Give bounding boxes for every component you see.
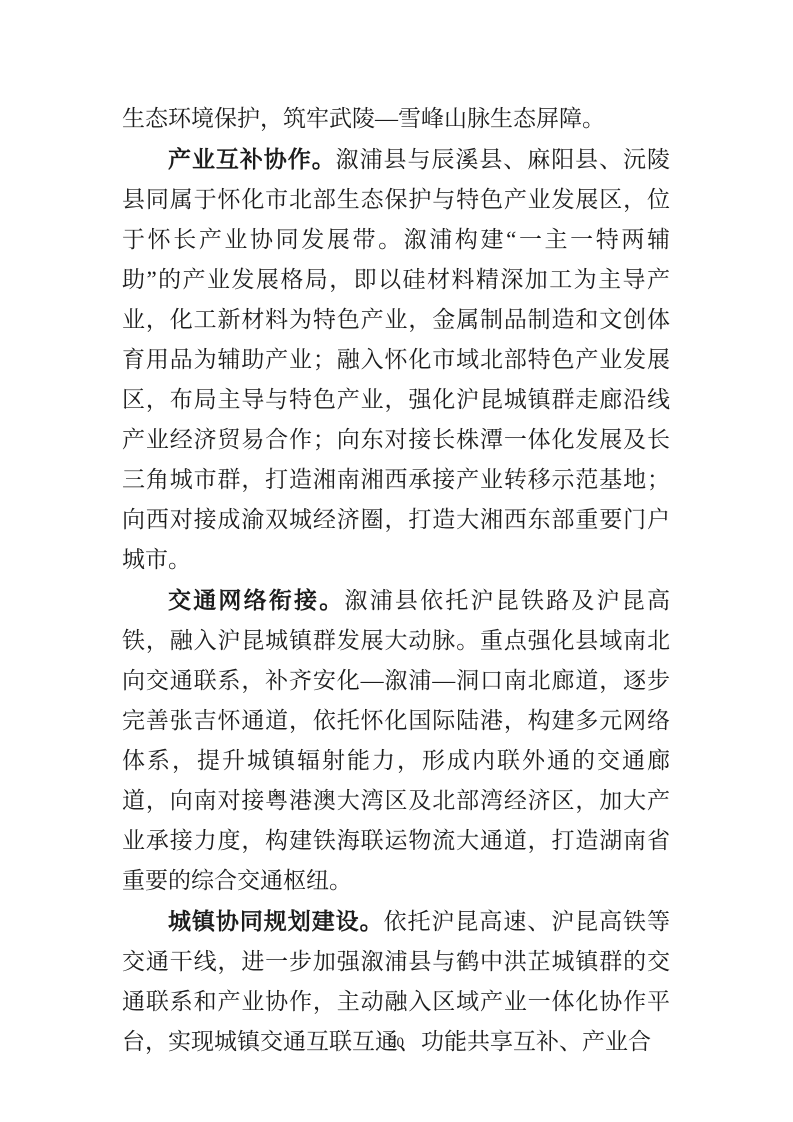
page-number: 20 bbox=[0, 1034, 793, 1052]
paragraph-body: 生态环境保护，筑牢武陵—雪峰山脉生态屏障。 bbox=[122, 106, 605, 131]
paragraph-transport-network: 交通网络衔接。溆浦县依托沪昆铁路及沪昆高铁，融入沪昆城镇群发展大动脉。重点强化县… bbox=[122, 580, 670, 901]
paragraph-body: 溆浦县依托沪昆铁路及沪昆高铁，融入沪昆城镇群发展大动脉。重点强化县域南北向交通联… bbox=[122, 588, 670, 893]
paragraph-body: 溆浦县与辰溪县、麻阳县、沅陵县同属于怀化市北部生态保护与特色产业发展区，位于怀长… bbox=[122, 147, 670, 572]
paragraph-lead: 交通网络衔接。 bbox=[168, 587, 344, 613]
text-content: 生态环境保护，筑牢武陵—雪峰山脉生态屏障。 产业互补协作。溆浦县与辰溪县、麻阳县… bbox=[122, 98, 670, 1062]
paragraph-lead: 产业互补协作。 bbox=[168, 146, 336, 172]
page-background: 生态环境保护，筑牢武陵—雪峰山脉生态屏障。 产业互补协作。溆浦县与辰溪县、麻阳县… bbox=[0, 0, 793, 1122]
paragraph-continuation: 生态环境保护，筑牢武陵—雪峰山脉生态屏障。 bbox=[122, 98, 670, 139]
paragraph-lead: 城镇协同规划建设。 bbox=[168, 908, 384, 934]
document-page: { "page": { "number": "20", "paragraphs"… bbox=[0, 0, 793, 1122]
paragraph-industry-cooperation: 产业互补协作。溆浦县与辰溪县、麻阳县、沅陵县同属于怀化市北部生态保护与特色产业发… bbox=[122, 139, 670, 580]
